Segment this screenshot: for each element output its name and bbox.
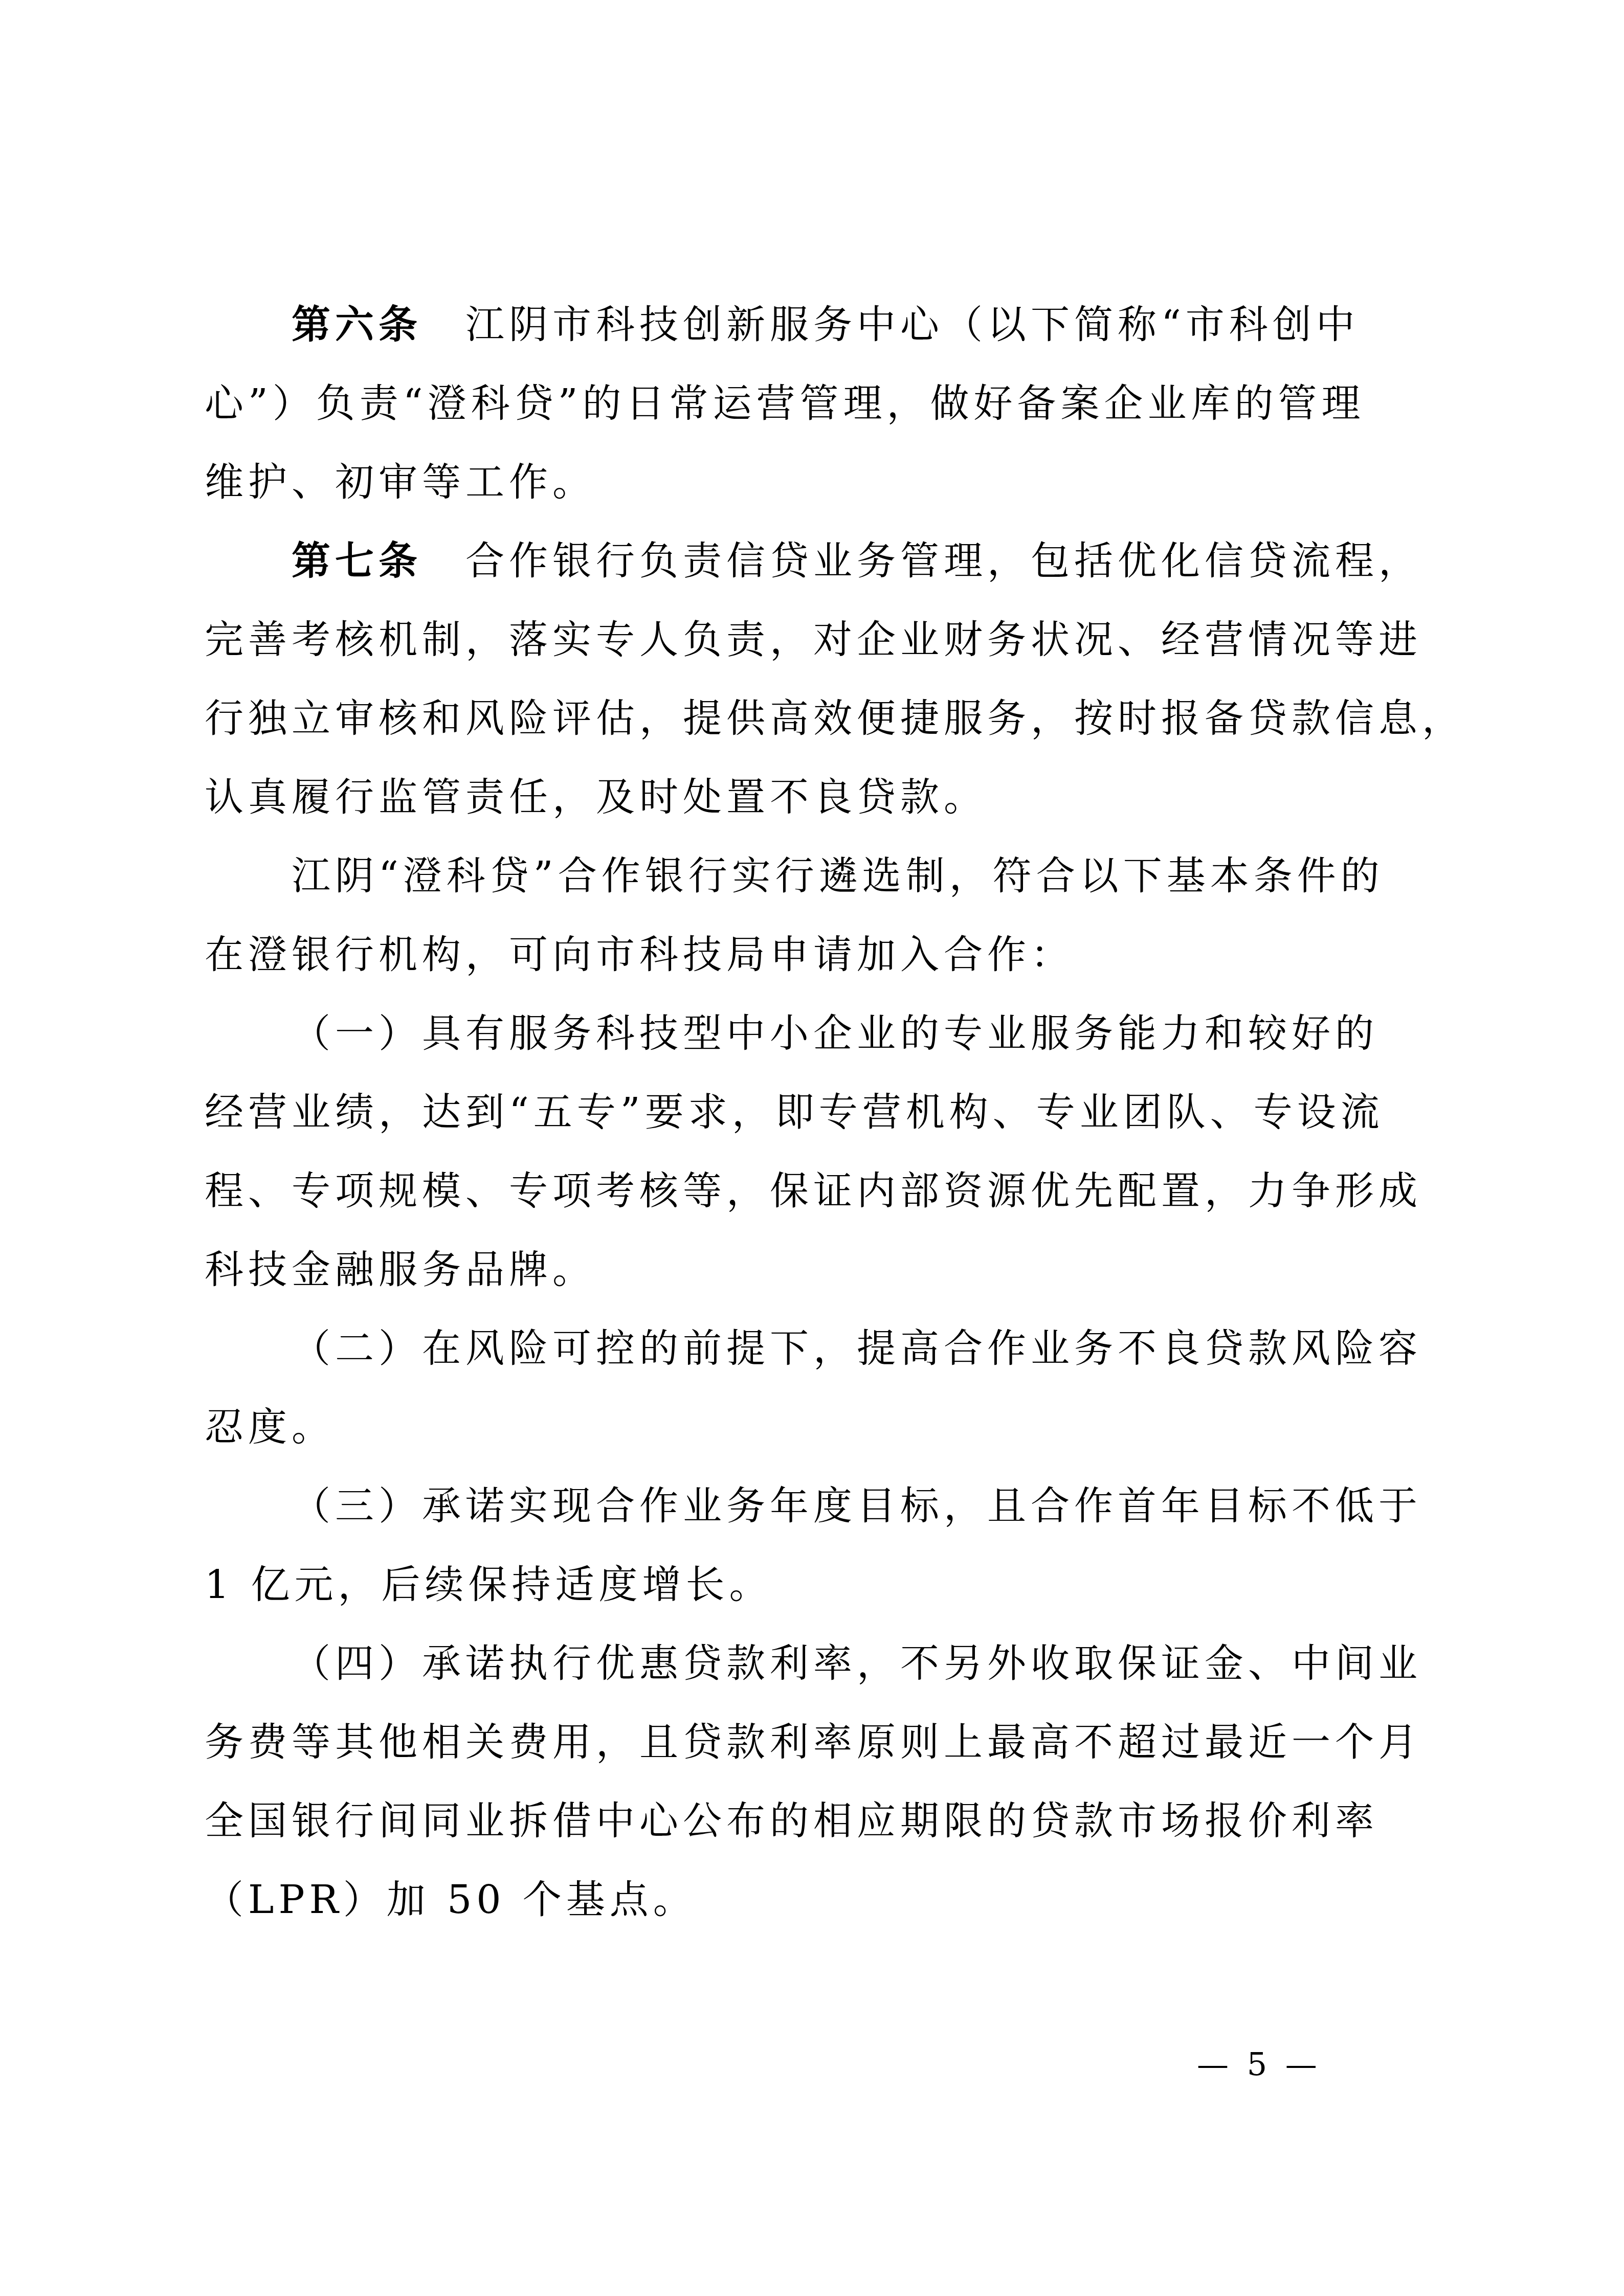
text-line: （一）具有服务科技型中小企业的专业服务能力和较好的 bbox=[205, 994, 1453, 1073]
text-line: 江阴“澄科贷”合作银行实行遴选制，符合以下基本条件的 bbox=[205, 837, 1453, 915]
text-line: 忍度。 bbox=[205, 1388, 1453, 1467]
text-line: 程、专项规模、专项考核等，保证内部资源优先配置，力争形成 bbox=[205, 1152, 1453, 1230]
document-page: 第六条 江阴市科技创新服务中心（以下简称“市科创中心”）负责“澄科贷”的日常运营… bbox=[0, 0, 1624, 2296]
text-line: 第七条 合作银行负责信贷业务管理，包括优化信贷流程， bbox=[205, 522, 1453, 600]
text-line: 务费等其他相关费用，且贷款利率原则上最高不超过最近一个月 bbox=[205, 1703, 1453, 1782]
text-line: 完善考核机制，落实专人负责，对企业财务状况、经营情况等进 bbox=[205, 600, 1453, 679]
text-line: 科技金融服务品牌。 bbox=[205, 1230, 1453, 1309]
text-line: 第六条 江阴市科技创新服务中心（以下简称“市科创中 bbox=[205, 285, 1453, 364]
text-line: 行独立审核和风险评估，提供高效便捷服务，按时报备贷款信息， bbox=[205, 679, 1453, 758]
text-line: 在澄银行机构，可向市科技局申请加入合作： bbox=[205, 915, 1453, 994]
text-line: 认真履行监管责任，及时处置不良贷款。 bbox=[205, 758, 1453, 837]
text-line: 1 亿元，后续保持适度增长。 bbox=[205, 1545, 1453, 1624]
page-number: — 5 — bbox=[1197, 2045, 1321, 2083]
text-line: （三）承诺实现合作业务年度目标，且合作首年目标不低于 bbox=[205, 1467, 1453, 1545]
text-line: 全国银行间同业拆借中心公布的相应期限的贷款市场报价利率 bbox=[205, 1782, 1453, 1860]
text-line: 经营业绩，达到“五专”要求，即专营机构、专业团队、专设流 bbox=[205, 1073, 1453, 1152]
text-line: 心”）负责“澄科贷”的日常运营管理，做好备案企业库的管理 bbox=[205, 364, 1453, 443]
text-line: （四）承诺执行优惠贷款利率，不另外收取保证金、中间业 bbox=[205, 1624, 1453, 1703]
article-number: 第六条 bbox=[292, 302, 422, 347]
text-line: （LPR）加 50 个基点。 bbox=[205, 1860, 1453, 1939]
article-number: 第七条 bbox=[292, 538, 422, 583]
document-body: 第六条 江阴市科技创新服务中心（以下简称“市科创中心”）负责“澄科贷”的日常运营… bbox=[205, 285, 1453, 1939]
text-line: 维护、初审等工作。 bbox=[205, 443, 1453, 522]
text-line: （二）在风险可控的前提下，提高合作业务不良贷款风险容 bbox=[205, 1309, 1453, 1388]
